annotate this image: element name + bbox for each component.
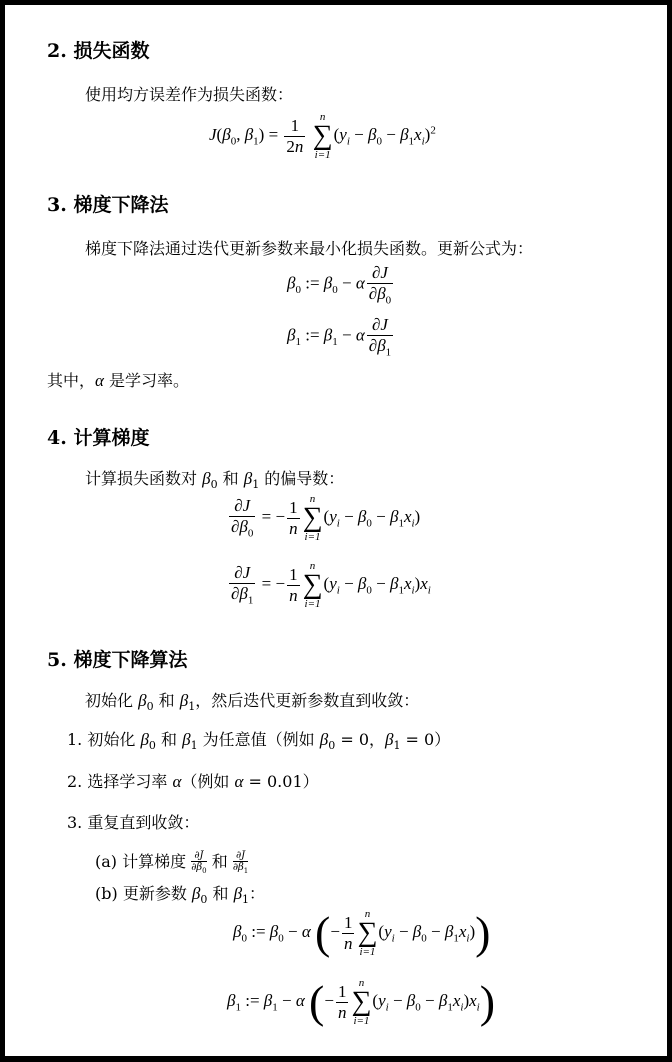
section-4-heading: 4. 计算梯度 <box>47 423 149 450</box>
section-number: 2. <box>47 40 67 62</box>
section-title: 梯度下降法 <box>73 194 168 216</box>
beta0-update-equation: β0 := β0 − α∂J∂β0 <box>287 263 395 307</box>
step-text: = 0） <box>400 730 450 749</box>
step-text: 初始化 <box>87 730 140 749</box>
document-page: 2. 损失函数 使用均方误差作为损失函数： J(β0, β1) = 12n n∑… <box>5 5 667 1056</box>
section-5-heading: 5. 梯度下降算法 <box>47 645 187 672</box>
substep-label: (a) <box>95 852 117 871</box>
learning-rate-note: 其中，α 是学习率。 <box>47 368 189 391</box>
substep-text: 和 <box>207 884 233 903</box>
substep-label: (b) <box>95 884 118 903</box>
section-title: 计算梯度 <box>73 427 149 449</box>
step-text: 重复直到收敛： <box>87 813 199 832</box>
beta0-full-update-equation: β0 := β0 − α (−1nn∑i=1(yi − β0 − β1xi)) <box>233 908 490 958</box>
substep-text: 和 <box>207 852 233 871</box>
beta1-update-equation: β1 := β1 − α∂J∂β1 <box>287 315 395 359</box>
step-number: 1. <box>67 730 82 749</box>
section-5-intro: 初始化 β0 和 β1，然后迭代更新参数直到收敛： <box>85 688 419 713</box>
step-text: = 0， <box>335 730 385 749</box>
intro-text: 初始化 <box>85 691 138 710</box>
intro-text: ，然后迭代更新参数直到收敛： <box>195 691 419 710</box>
intro-text: 的偏导数： <box>259 469 344 488</box>
section-2-intro: 使用均方误差作为损失函数： <box>85 82 293 105</box>
section-number: 5. <box>47 649 67 671</box>
step-text: 选择学习率 <box>87 772 172 791</box>
note-suffix: 是学习率。 <box>104 371 189 390</box>
step-number: 2. <box>67 772 82 791</box>
section-3-heading: 3. 梯度下降法 <box>47 190 168 217</box>
gradient-beta0-equation: ∂J∂β0 = −1nn∑i=1(yi − β0 − β1xi) <box>227 493 420 543</box>
section-2-heading: 2. 损失函数 <box>47 36 149 63</box>
step-1: 1. 初始化 β0 和 β1 为任意值（例如 β0 = 0，β1 = 0） <box>67 727 450 752</box>
section-number: 3. <box>47 194 67 216</box>
step-3: 3. 重复直到收敛： <box>67 810 199 833</box>
intro-text: 和 <box>154 691 180 710</box>
beta1-full-update-equation: β1 := β1 − α (−1nn∑i=1(yi − β0 − β1xi)xi… <box>227 977 495 1027</box>
step-text: （例如 <box>181 772 234 791</box>
step-text: 和 <box>156 730 182 749</box>
section-title: 损失函数 <box>73 40 149 62</box>
intro-text: 计算损失函数对 <box>85 469 202 488</box>
substep-text: 更新参数 <box>123 884 192 903</box>
substep-text: ： <box>249 884 265 903</box>
step-text: 为任意值（例如 <box>198 730 320 749</box>
alpha-symbol: α <box>95 371 104 390</box>
step-number: 3. <box>67 813 82 832</box>
gradient-beta1-equation: ∂J∂β1 = −1nn∑i=1(yi − β0 − β1xi)xi <box>227 560 431 610</box>
substep-a: (a) 计算梯度 ∂J∂β0 和 ∂J∂β1 <box>95 849 248 875</box>
section-3-intro: 梯度下降法通过迭代更新参数来最小化损失函数。更新公式为： <box>85 236 533 259</box>
section-number: 4. <box>47 427 67 449</box>
loss-function-equation: J(β0, β1) = 12n n∑i=1(yi − β0 − β1xi)2 <box>209 111 436 161</box>
substep-b: (b) 更新参数 β0 和 β1： <box>95 881 265 906</box>
step-2: 2. 选择学习率 α（例如 α = 0.01） <box>67 769 319 792</box>
section-title: 梯度下降算法 <box>73 649 187 671</box>
intro-text: 和 <box>218 469 244 488</box>
step-text: = 0.01） <box>243 772 318 791</box>
substep-text: 计算梯度 <box>122 852 191 871</box>
note-prefix: 其中， <box>47 371 95 390</box>
section-4-intro: 计算损失函数对 β0 和 β1 的偏导数： <box>85 466 344 491</box>
